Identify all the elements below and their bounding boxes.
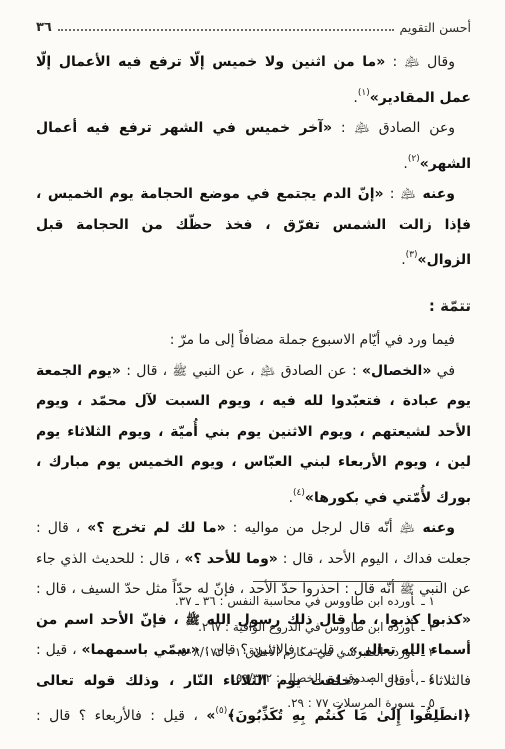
page-number: ٣٦ bbox=[36, 20, 52, 35]
footnote-text: أورده ابن طاووس في الدروع الواقية : ٢٦٧. bbox=[198, 620, 414, 634]
text-segment: وعن الصادق bbox=[370, 120, 455, 136]
honorific-symbol: ﵇ bbox=[401, 187, 416, 201]
footnote-item: ٥ ـسورة المرسلات ٧٧ : ٢٩. bbox=[36, 691, 435, 717]
text-segment: أنّه قال لرجل من مواليه : bbox=[226, 520, 400, 536]
text-segment: : bbox=[332, 120, 354, 136]
text-segment: ، عن النبي bbox=[187, 363, 260, 379]
book-page: أحسن التقويم ٣٦ وقال ﵇ : «ما من اثنين ول… bbox=[0, 0, 505, 749]
footnote-ref: (١) bbox=[358, 88, 370, 98]
book-title: أحسن التقويم bbox=[400, 20, 471, 35]
running-header: أحسن التقويم ٣٦ bbox=[36, 20, 471, 35]
body-paragraph: وعن الصادق ﵇ : «آخر خميس في الشهر ترفع ف… bbox=[36, 113, 471, 179]
body-paragraph: فيما ورد في أيّام الاسبوع جملة مضافاً إل… bbox=[36, 325, 471, 356]
footnote-text: أورده الطبرسي في مكارم الأخلاق ١ : ٥٠٨/١… bbox=[177, 645, 415, 659]
footnote-number: ٤ ـ bbox=[421, 671, 435, 685]
footnote-number: ٥ ـ bbox=[421, 696, 435, 710]
text-segment: «ما لك لم تخرج ؟» bbox=[87, 520, 225, 536]
text-segment: «يوم الجمعة يوم عبادة ، فتعبّدوا لله فيه… bbox=[36, 363, 471, 506]
footnote-ref: (٤) bbox=[293, 488, 305, 498]
section-heading: تتمّة : bbox=[36, 291, 471, 322]
honorific-symbol: ﵇ bbox=[400, 521, 415, 535]
footnote-list: ١ ـأورده ابن طاووس في محاسبة النفس : ٣٦ … bbox=[36, 589, 471, 717]
honorific-symbol: ﷺ bbox=[173, 364, 188, 378]
honorific-symbol: ﵇ bbox=[354, 121, 369, 135]
body-paragraph: في «الخصال» : عن الصادق ﵇ ، عن النبي ﷺ ،… bbox=[36, 356, 471, 514]
footnote-text: أورده الصدوق في الخصال : ٥٩/٣٨٢. bbox=[232, 671, 414, 685]
text-segment: ، قال : bbox=[121, 363, 173, 379]
footnote-number: ٣ ـ bbox=[421, 645, 435, 659]
text-segment: «الخصال» bbox=[362, 363, 431, 379]
body-paragraph: وعنه ﵇ : «إنّ الدم يجتمع في موضع الحجامة… bbox=[36, 179, 471, 276]
text-segment: وعنه bbox=[415, 520, 455, 536]
body-paragraph: وقال ﵇ : «ما من اثنين ولا خميس إلّا ترفع… bbox=[36, 47, 471, 113]
text-segment: فيما ورد في أيّام الاسبوع جملة مضافاً إل… bbox=[170, 332, 455, 348]
footnote-item: ٣ ـأورده الطبرسي في مكارم الأخلاق ١ : ٥٠… bbox=[36, 640, 435, 666]
footnote-item: ١ ـأورده ابن طاووس في محاسبة النفس : ٣٦ … bbox=[36, 589, 435, 615]
text-segment: : عن الصادق bbox=[275, 363, 362, 379]
footnote-item: ٤ ـأورده الصدوق في الخصال : ٥٩/٣٨٢. bbox=[36, 666, 435, 692]
honorific-symbol: ﵇ bbox=[404, 55, 419, 69]
footnote-number: ١ ـ bbox=[421, 594, 435, 608]
dotted-leader bbox=[58, 29, 394, 31]
honorific-symbol: ﵇ bbox=[260, 364, 275, 378]
footnote-text: أورده ابن طاووس في محاسبة النفس : ٣٦ ـ ٣… bbox=[175, 594, 414, 608]
text-segment: في bbox=[431, 363, 455, 379]
footnote-ref: (٢) bbox=[408, 154, 420, 164]
text-segment: وعنه bbox=[416, 186, 455, 202]
text-segment: «وما للأحد ؟» bbox=[184, 551, 277, 567]
footnote-separator bbox=[253, 581, 441, 582]
footnote-text: سورة المرسلات ٧٧ : ٢٩. bbox=[287, 696, 414, 710]
text-segment: : bbox=[384, 186, 401, 202]
text-segment: وقال bbox=[420, 54, 455, 70]
footnote-ref: (٣) bbox=[406, 250, 418, 260]
footnote-number: ٢ ـ bbox=[421, 620, 435, 634]
text-segment: : bbox=[385, 54, 404, 70]
footnotes-section: ١ ـأورده ابن طاووس في محاسبة النفس : ٣٦ … bbox=[36, 581, 471, 717]
footnote-item: ٢ ـأورده ابن طاووس في الدروع الواقية : ٢… bbox=[36, 615, 435, 641]
